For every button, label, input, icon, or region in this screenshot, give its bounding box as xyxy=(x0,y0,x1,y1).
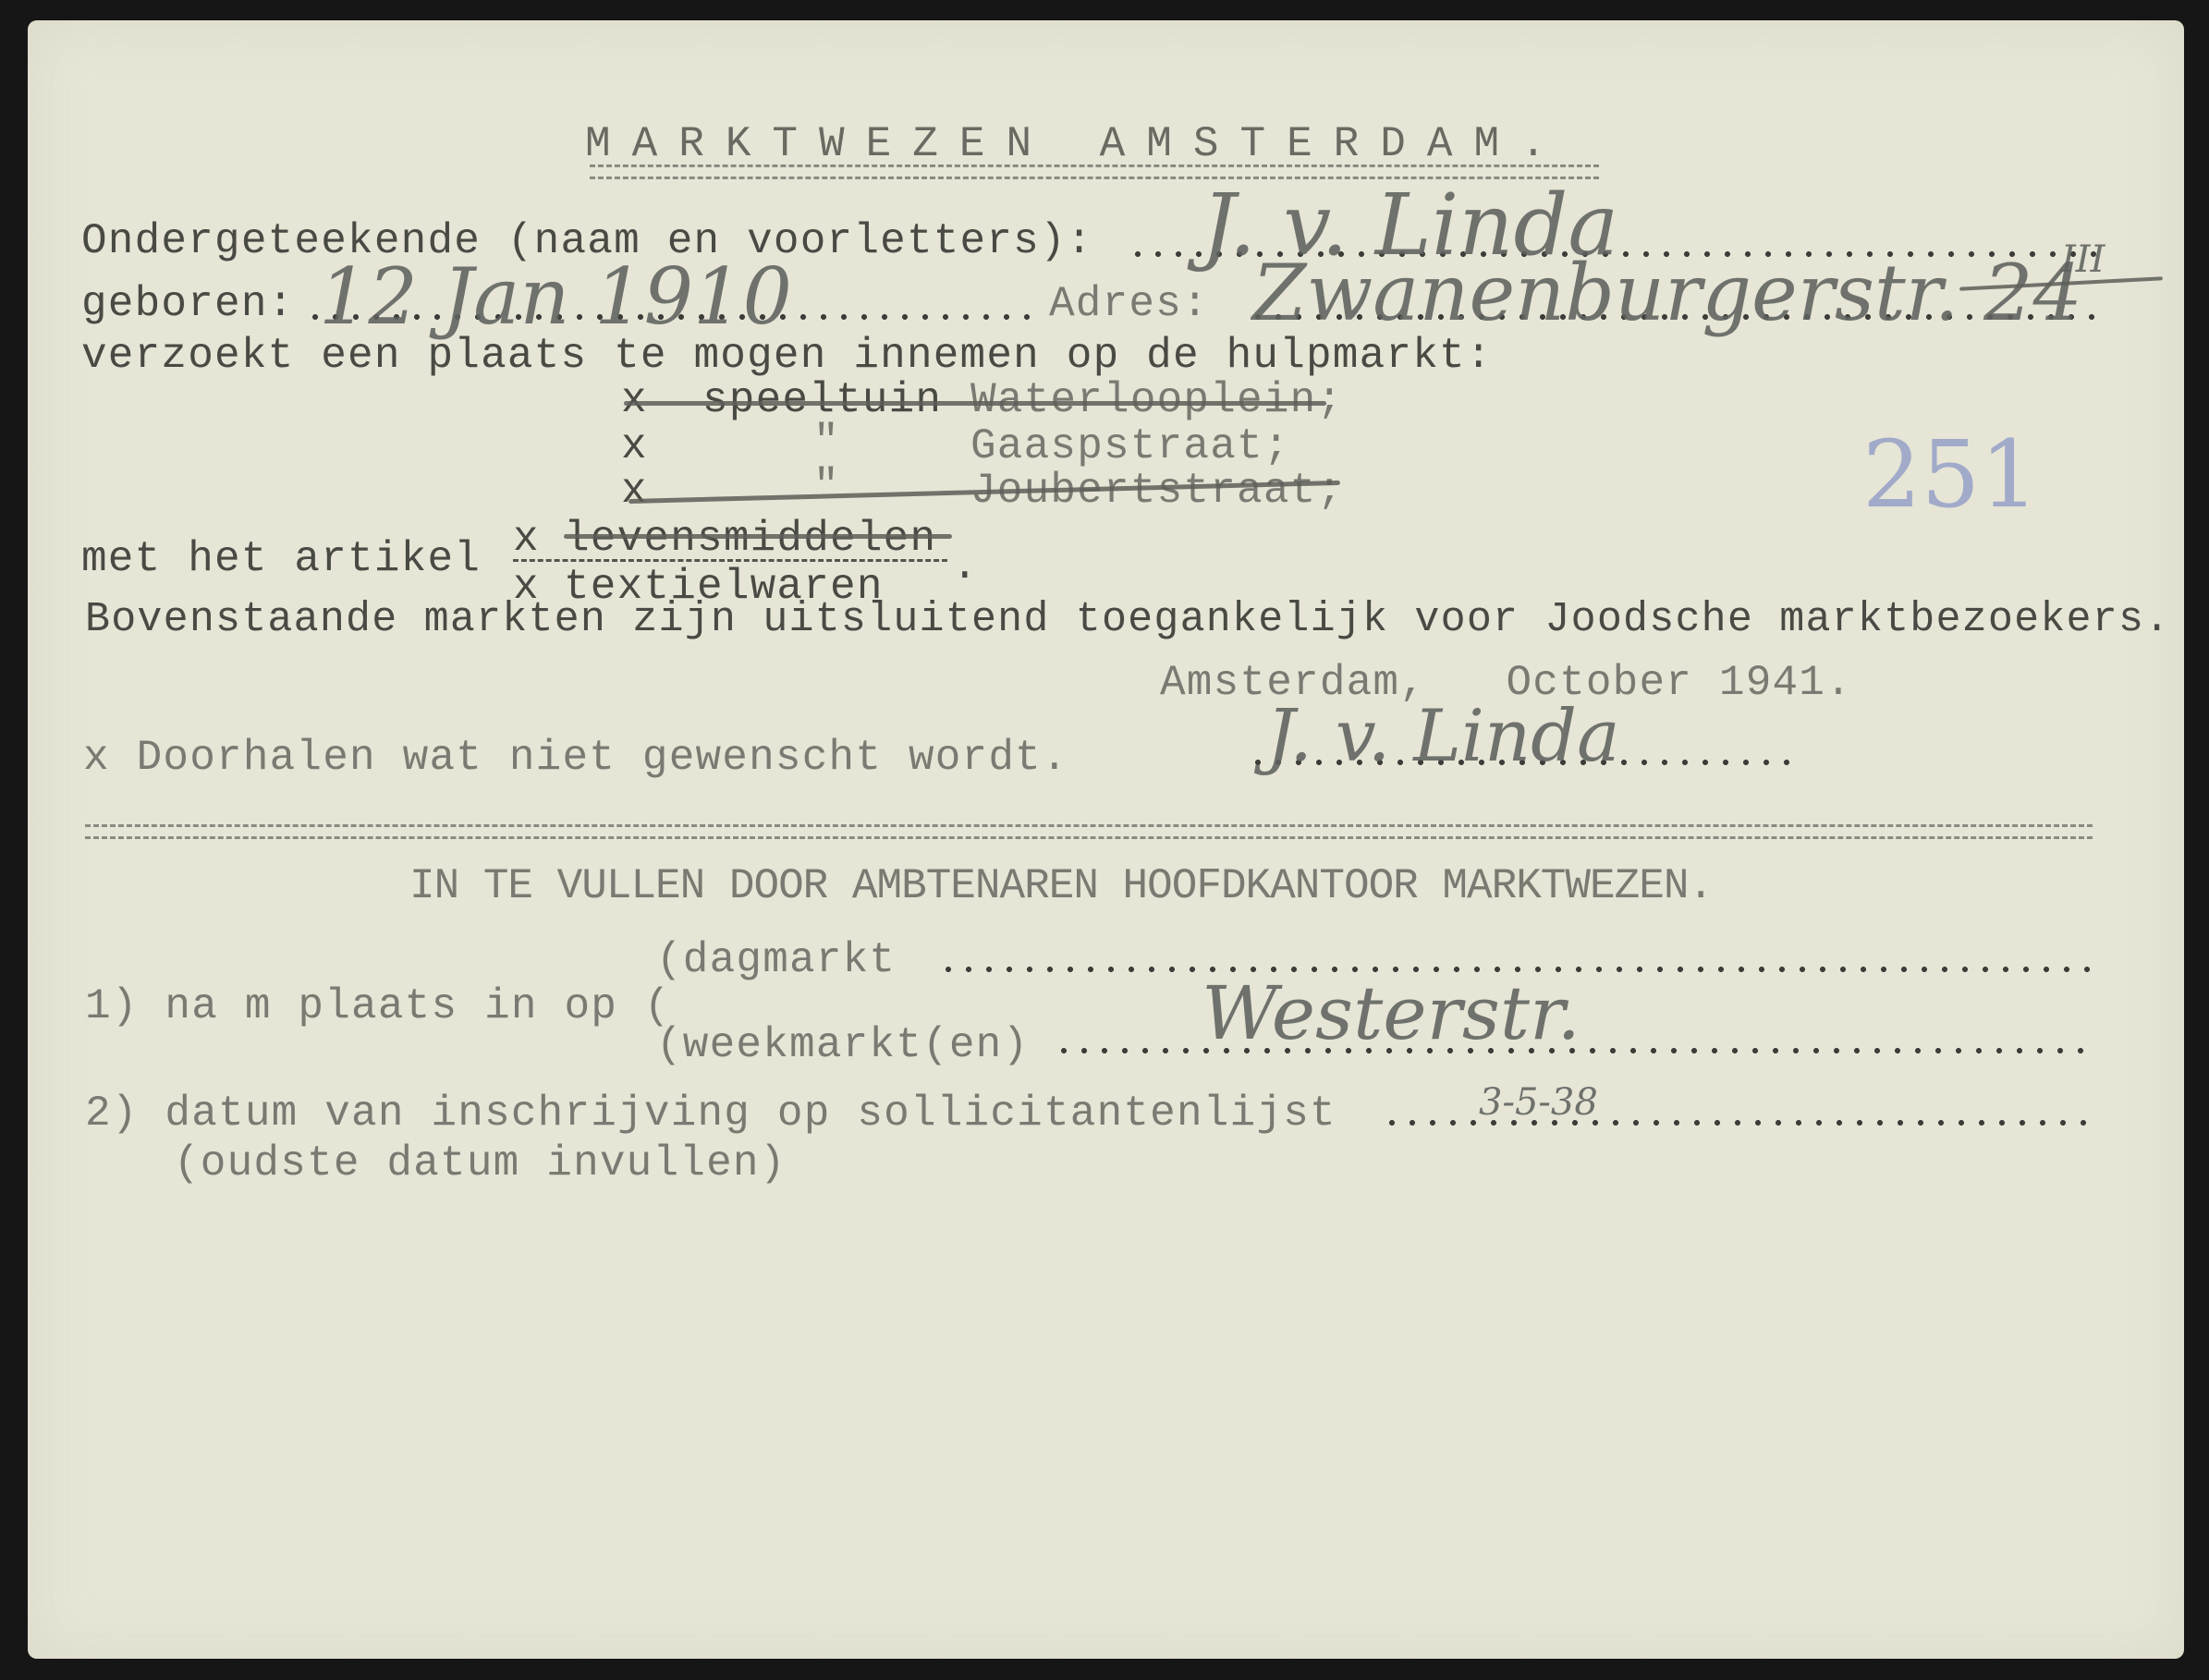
request-text: verzoekt een plaats te mogen innemen op … xyxy=(81,335,1493,377)
article-strikethrough xyxy=(564,534,952,539)
address-handwritten: Zwanenburgerstr. 24 xyxy=(1252,248,2082,338)
address-label: Adres: xyxy=(1049,283,1209,325)
market-marker-2: x xyxy=(621,425,648,468)
market-name-gaaspstraat: Gaaspstraat; xyxy=(970,425,1290,468)
item2-label: 2) datum van inschrijving op sollicitant… xyxy=(85,1092,1336,1135)
strike-instruction: x Doorhalen wat niet gewenscht wordt. xyxy=(83,737,1068,779)
market-name-waterlooplein: Waterlooplein; xyxy=(970,379,1343,421)
signature-handwritten: J. v. Linda xyxy=(1266,695,1620,778)
market-marker-3: x xyxy=(621,469,648,512)
item2-note: (oudste datum invullen) xyxy=(174,1142,787,1185)
born-label: geboren: xyxy=(81,283,294,325)
article-label: met het artikel xyxy=(81,538,481,580)
notice-text: Bovenstaande markten zijn uitsluitend to… xyxy=(85,599,2170,640)
weekmarkt-handwritten: Westerstr. xyxy=(1202,970,1580,1056)
form-title: MARKTWEZEN AMSTERDAM. xyxy=(585,123,1568,165)
article-levensmiddelen: levensmiddelen xyxy=(564,517,936,560)
market-prefix-2: " xyxy=(813,420,840,463)
address-floor-handwritten: III xyxy=(2061,238,2105,281)
office-section-header: IN TE VULLEN DOOR AMBTENAREN HOOFDKANTOO… xyxy=(409,865,1713,907)
market-prefix-1: speeltuin xyxy=(702,379,942,421)
article-end-period: . xyxy=(952,545,979,588)
article-marker-1: x xyxy=(513,517,540,560)
born-handwritten: 12 Jan 1910 xyxy=(319,251,792,342)
item1-label: 1) na m plaats in op ( xyxy=(85,985,671,1028)
archive-number-handwritten: 251 xyxy=(1862,420,2039,529)
market-marker-1: x xyxy=(621,379,648,421)
item2-handwritten: 3-5-38 xyxy=(1479,1081,1598,1124)
section-separator xyxy=(85,824,2093,839)
dagmarkt-label: (dagmarkt xyxy=(656,939,896,981)
market-prefix-3: " xyxy=(813,465,840,507)
market-strikethrough-1 xyxy=(624,401,1326,406)
weekmarkt-label: (weekmarkt(en) xyxy=(656,1024,1029,1066)
